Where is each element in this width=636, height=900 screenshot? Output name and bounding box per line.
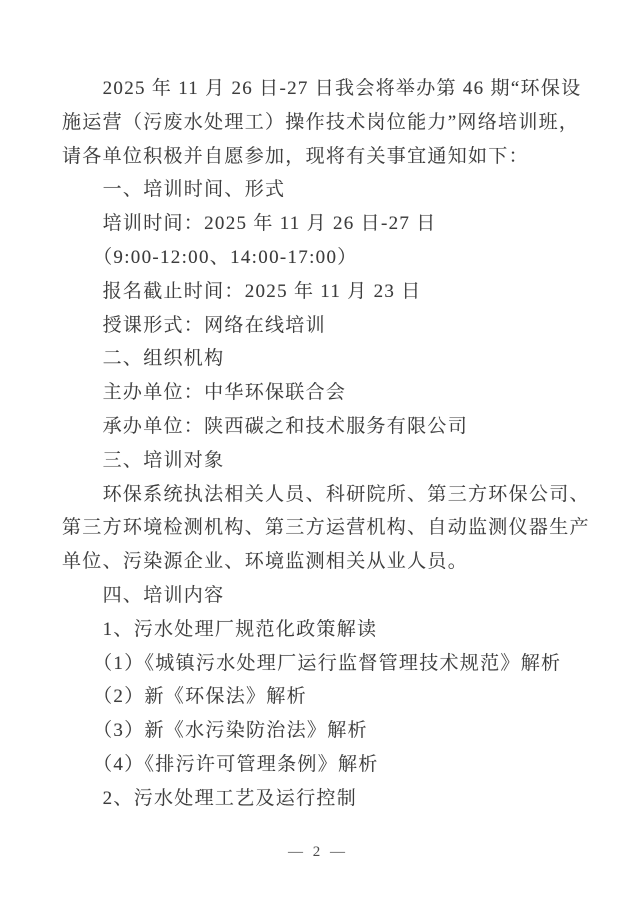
text-line: （1）《城镇污水处理厂运行监督管理技术规范》解析 [62, 647, 577, 681]
document-page: 2025 年 11 月 26 日-27 日我会将举办第 46 期“环保设 施运营… [0, 0, 636, 900]
text-line: 授课形式：网络在线培训 [62, 309, 577, 343]
text-line: 报名截止时间：2025 年 11 月 23 日 [62, 275, 577, 309]
text-line: 一、培训时间、形式 [62, 173, 577, 207]
text-line: 二、组织机构 [62, 342, 577, 376]
text-line: （2）新《环保法》解析 [62, 680, 577, 714]
text-line: 第三方环境检测机构、第三方运营机构、自动监测仪器生产 [62, 511, 577, 545]
text-line: 1、污水处理厂规范化政策解读 [62, 613, 577, 647]
text-line: 施运营（污废水处理工）操作技术岗位能力”网络培训班， [62, 106, 577, 140]
text-line: （4）《排污许可管理条例》解析 [62, 748, 577, 782]
text-line: 2025 年 11 月 26 日-27 日我会将举办第 46 期“环保设 [62, 72, 577, 106]
text-line: 三、培训对象 [62, 444, 577, 478]
text-line: 承办单位：陕西碳之和技术服务有限公司 [62, 410, 577, 444]
page-number: — 2 — [0, 844, 636, 861]
text-line: （3）新《水污染防治法》解析 [62, 714, 577, 748]
text-line: 环保系统执法相关人员、科研院所、第三方环保公司、 [62, 478, 577, 512]
text-line: （9:00-12:00、14:00-17:00） [62, 241, 577, 275]
text-line: 2、污水处理工艺及运行控制 [62, 782, 577, 816]
text-line: 单位、污染源企业、环境监测相关从业人员。 [62, 545, 577, 579]
text-line: 四、培训内容 [62, 579, 577, 613]
document-body: 2025 年 11 月 26 日-27 日我会将举办第 46 期“环保设 施运营… [62, 72, 577, 816]
text-line: 培训时间：2025 年 11 月 26 日-27 日 [62, 207, 577, 241]
text-line: 主办单位：中华环保联合会 [62, 376, 577, 410]
text-line: 请各单位积极并自愿参加，现将有关事宜通知如下： [62, 140, 577, 174]
